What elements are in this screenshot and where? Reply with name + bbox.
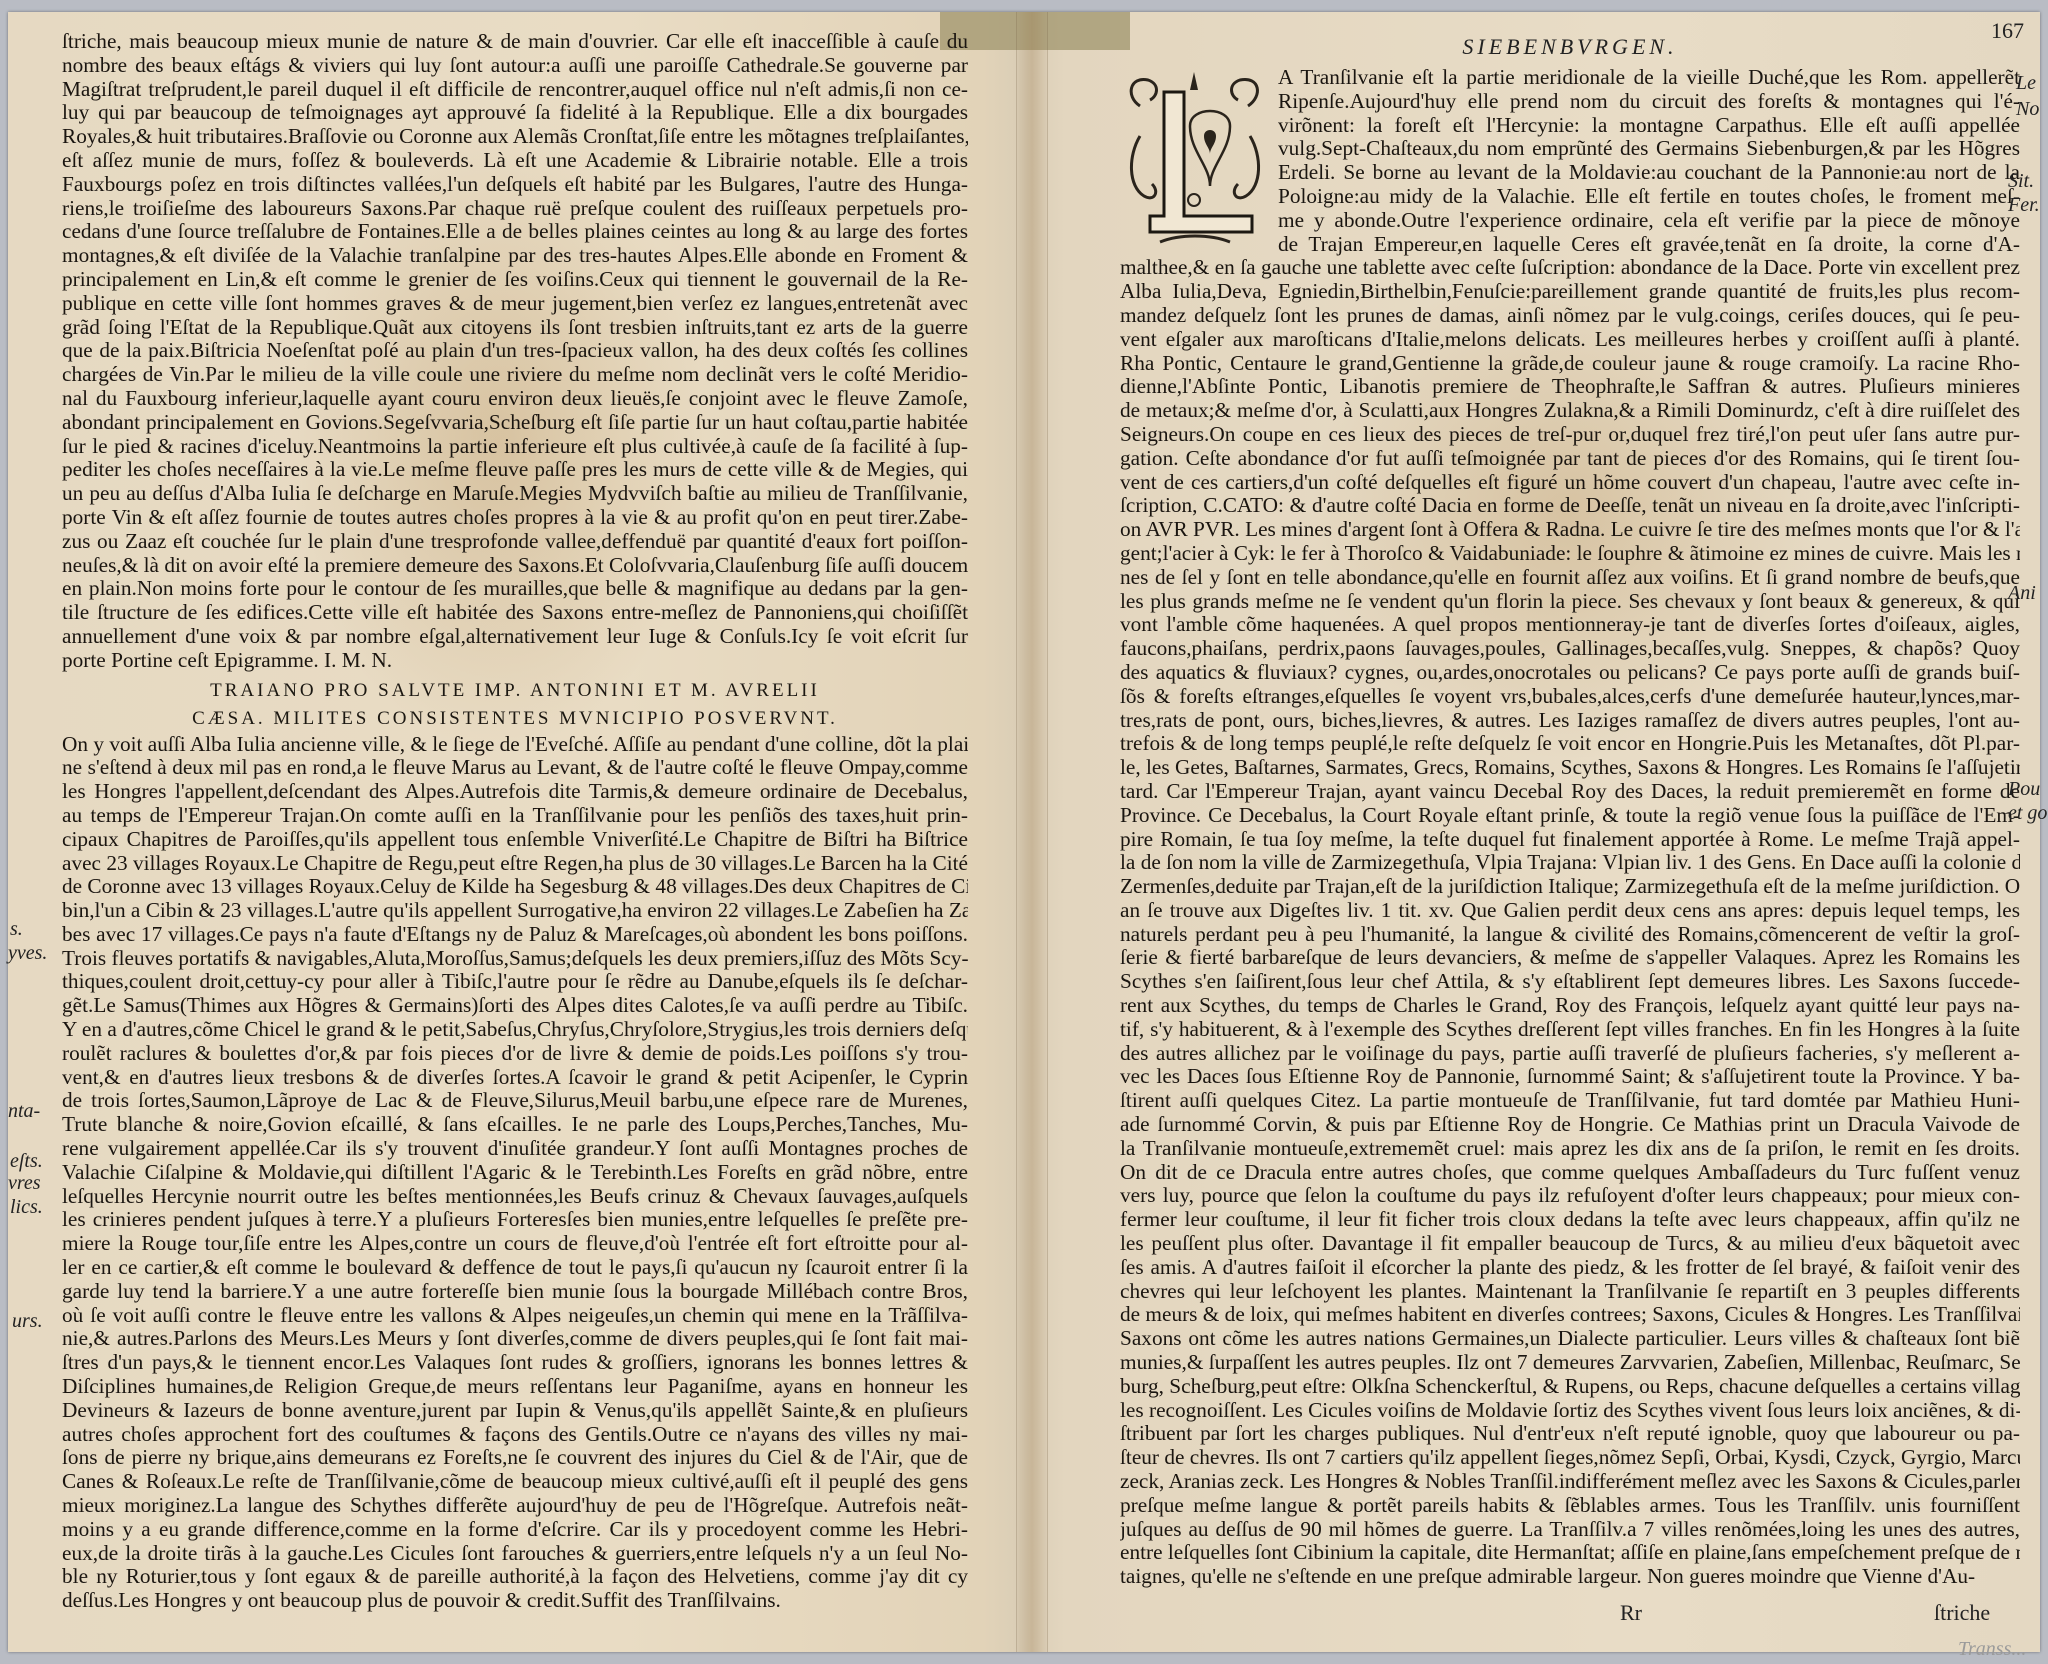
text-line: tard. Car l'Empereur Trajan, ayant vainc… <box>1120 780 2020 804</box>
text-line: cipaux Chapitres de Paroiſſes,qu'ils app… <box>62 828 968 852</box>
text-line: nombre des beaux eſtágs & viviers qui lu… <box>62 54 968 78</box>
text-line: de meurs & de loix, qui meſmes habitent … <box>1120 1303 2020 1327</box>
pencil-annotation: Transs... <box>1958 1638 2026 1661</box>
text-line: leſquelles Hercynie nourrit outre les be… <box>62 1185 968 1209</box>
text-line: tile ſtructure de ſes edifices.Cette vil… <box>62 601 968 625</box>
margin-note: yves. <box>8 942 47 965</box>
right-text-block: A Tranſilvanie eſt la partie meridionale… <box>1120 66 2020 1589</box>
margin-note: vres <box>8 1172 41 1195</box>
left-page: — — — — — — — — ſtriche, mais beaucoup m… <box>62 26 968 1613</box>
text-line: ne s'eſtend à deux mil pas en rond,a le … <box>62 756 968 780</box>
text-line: tif, s'y habituerent, & à l'exemple des … <box>1120 1018 2020 1042</box>
text-line: fermer leur couſtume, il leur fit ficher… <box>1120 1208 2020 1232</box>
text-line: des aquatics & fluviaux? cygnes, ou,arde… <box>1120 661 2020 685</box>
text-line: Fauxbourgs poſez en trois diſtinctes val… <box>62 173 968 197</box>
text-line: ſtribuent par ſort les charges publiques… <box>1120 1422 2020 1446</box>
text-line: an ſe trouve aux Digeſtes liv. 1 tit. xv… <box>1120 899 2020 923</box>
text-line: Canes & Roſeaux.Le reſte de Tranſſilvani… <box>62 1470 968 1494</box>
text-line: bes avec 17 villages.Ce pays n'a faute d… <box>62 923 968 947</box>
text-line: chargées de Vin.Par le milieu de la vill… <box>62 363 968 387</box>
text-line: vec les Daces ſous Eſtienne Roy de Panno… <box>1120 1065 2020 1089</box>
text-line: autres choſes approchent fort des couſtu… <box>62 1423 968 1447</box>
text-line: de metaux;& meſme d'or, à Sculatti,aux H… <box>1120 399 2020 423</box>
text-line: au temps de l'Empereur Trajan.On comte a… <box>62 804 968 828</box>
text-line: tres,rats de pont, ours, biches,lievres,… <box>1120 709 2020 733</box>
left-text-block-1: ſtriche, mais beaucoup mieux munie de na… <box>62 30 968 673</box>
text-line: vent,& en d'autres lieux tresbons & de d… <box>62 1066 968 1090</box>
text-line: de trois ſortes,Saumon,Lãproye de Lac & … <box>62 1089 968 1113</box>
running-head-left: — — — — — — — — <box>62 16 968 30</box>
margin-note: nta- <box>8 1100 40 1123</box>
text-line: Trute blanche & noire,Govion eſcaillé, &… <box>62 1113 968 1137</box>
text-line: la Tranſilvanie montueuſe,extrememẽt cru… <box>1120 1137 2020 1161</box>
margin-note: et go <box>2008 802 2047 825</box>
text-line: pire Romain, ſe tua ſoy meſme, la teſte … <box>1120 828 2020 852</box>
text-line: neuſes,& là dit on avoir eſté la premier… <box>62 554 968 578</box>
running-head-right: — — — — — — — —, <box>1120 16 2020 30</box>
text-line: Province. Ce Decebalus, la Court Royale … <box>1120 804 2020 828</box>
drop-cap-block: A Tranſilvanie eſt la partie meridionale… <box>1120 66 2020 1589</box>
text-line: nes de ſel y ſont en telle abondance,qu'… <box>1120 566 2020 590</box>
page-gutter-fold <box>1016 12 1048 1652</box>
text-line: Devineurs & Iazeurs de bonne aventure,ju… <box>62 1399 968 1423</box>
text-line: Valachie Ciſalpine & Moldavie,qui diſtil… <box>62 1161 968 1185</box>
page-number: 167 <box>1991 18 2024 44</box>
text-line: dienne,l'Abſinte Pontic, Libanotis premi… <box>1120 375 2020 399</box>
text-line: nal du Fauxbourg inferieur,laquelle ayan… <box>62 387 968 411</box>
text-line: Magiſtrat treſprudent,le pareil duquel i… <box>62 78 968 102</box>
text-line: riens,le troiſieſme des laboureurs Saxon… <box>62 197 968 221</box>
text-line: ble ny Roturier,tous y ſont egaux & de p… <box>62 1565 968 1589</box>
text-line: les recognoiſſent. Les Cicules voiſins d… <box>1120 1399 2020 1423</box>
text-line: les Hongres l'appellent,deſcendant des A… <box>62 780 968 804</box>
section-title: SIEBENBVRGEN. <box>1120 34 2020 60</box>
margin-note: Ani <box>2008 582 2036 605</box>
text-line: rent aux Scythes, du temps de Charles le… <box>1120 994 2020 1018</box>
ornamental-initial-L-icon <box>1120 66 1268 252</box>
text-line: vers luy, pource que ſelon la couſtume d… <box>1120 1184 2020 1208</box>
text-line: ade ſurnommé Corvin, & puis par Eſtienne… <box>1120 1113 2020 1137</box>
text-line: porte Portine ceſt Epigramme. I. M. N. <box>62 649 968 673</box>
text-line: vent eſgaler aux maroſticans d'Italie,me… <box>1120 328 2020 352</box>
text-line: Rha Pontic, Centaure le grand,Gentienne … <box>1120 352 2020 376</box>
text-line: Alba Iulia,Deva, Egniedin,Birthelbin,Fen… <box>1120 280 2020 304</box>
text-line: vent de ces cartiers,d'un coſté deſquell… <box>1120 471 2020 495</box>
text-line: les plus grands meſme ne ſe vendent qu'u… <box>1120 590 2020 614</box>
text-line: eux,de la droite tirãs à la gauche.Les C… <box>62 1542 968 1566</box>
text-line: miere la Rouge tour,ſiſe entre les Alpes… <box>62 1232 968 1256</box>
text-line: eſt aſſez munie de murs, foſſez & boulev… <box>62 149 968 173</box>
text-line: annuellement d'une voix & par nombre eſg… <box>62 625 968 649</box>
text-line: porte Vin & eſt aſſez fournie de toutes … <box>62 506 968 530</box>
text-line: ſerie & fierté barbareſque de leurs deva… <box>1120 946 2020 970</box>
text-line: ſons de pierre ny brique,ains demeurans … <box>62 1446 968 1470</box>
margin-note: s. <box>10 918 23 941</box>
text-line: pediter les choſes neceſſaires à la vie.… <box>62 458 968 482</box>
margin-note: Pou <box>2008 778 2040 801</box>
text-line: gẽt.Le Samus(Thimes aux Hõgres & Germain… <box>62 994 968 1018</box>
margin-note: Le <box>2016 72 2036 95</box>
document-sheet: — — — — — — — — ſtriche, mais beaucoup m… <box>8 12 2040 1652</box>
text-line: roulẽt raclures & boulettes d'or,& par f… <box>62 1042 968 1066</box>
latin-inscription-line-1: TRAIANO PRO SALVTE IMP. ANTONINI ET M. A… <box>62 677 968 705</box>
margin-note: lics. <box>10 1196 43 1219</box>
margin-note: urs. <box>12 1310 43 1333</box>
text-line: ſtriche, mais beaucoup mieux munie de na… <box>62 30 968 54</box>
text-line: ſtres d'un pays,& le tiennent encor.Les … <box>62 1351 968 1375</box>
text-line: abondant principalement en Govions.Segeſ… <box>62 411 968 435</box>
text-line: zus ou Zaaz eſt couchée ſur le plain d'u… <box>62 530 968 554</box>
margin-note: No <box>2016 98 2039 121</box>
text-line: zeck, Aranias zeck. Les Hongres & Nobles… <box>1120 1470 2020 1494</box>
text-line: des autres allichez par le voiſinage du … <box>1120 1042 2020 1066</box>
text-line: faucons,phaiſans, perdrix,paons ſauvages… <box>1120 637 2020 661</box>
catchword: ſtriche <box>1934 1600 1990 1626</box>
text-line: trefois & de long temps peuplé,le reſte … <box>1120 732 2020 756</box>
text-line: Y en a d'autres,cõme Chicel le grand & l… <box>62 1018 968 1042</box>
text-line: thiques,coulent droit,cettuy-cy pour all… <box>62 970 968 994</box>
text-line: ſõs & foreſts eſtranges,eſquelles ſe voy… <box>1120 685 2020 709</box>
text-line: gent;l'acier à Cyk: le fer à Thoroſco & … <box>1120 542 2020 566</box>
text-line: avec 23 villages Royaux.Le Chapitre de R… <box>62 852 968 876</box>
text-line: ſes amis. A d'autres faiſoit il eſcorche… <box>1120 1256 2020 1280</box>
text-line: Diſciplines humaines,de Religion Greque,… <box>62 1375 968 1399</box>
text-line: burg, Scheſburg,peut eſtre: Olkſna Schen… <box>1120 1375 2020 1399</box>
text-line: Trois fleuves portatifs & navigables,Alu… <box>62 947 968 971</box>
text-line: ſur le pied & racines d'iceluy.Neantmoin… <box>62 435 968 459</box>
text-line: garde luy tend la barriere.Y a une autre… <box>62 1280 968 1304</box>
text-line: ſcription, C.CATO: & d'autre coſté Dacia… <box>1120 494 2020 518</box>
text-line: publique en cette ville ſont hommes grav… <box>62 292 968 316</box>
margin-note: Sit. <box>2008 170 2034 193</box>
text-line: les peuſſent plus oſter. Davantage il fi… <box>1120 1232 2020 1256</box>
text-line: gation. Ceſte abondance d'or fut auſſi t… <box>1120 447 2020 471</box>
text-line: naturels perdant peu à peu l'humanité, l… <box>1120 923 2020 947</box>
text-line: de Coronne avec 13 villages Royaux.Celuy… <box>62 875 968 899</box>
margin-note: Fer. <box>2008 194 2040 217</box>
text-line: mandez deſquelz ſont les prunes de damas… <box>1120 304 2020 328</box>
text-line: Zermenſes,deduite par Trajan,eſt de la j… <box>1120 875 2020 899</box>
text-line: principalement en Lin,& eſt comme le gre… <box>62 268 968 292</box>
text-line: entre leſquelles ſont Cibinium la capita… <box>1120 1541 2020 1565</box>
text-line: malthee,& en ſa gauche une tablette avec… <box>1120 256 2020 280</box>
margin-note: eſts. <box>10 1150 43 1173</box>
left-text-block-2: On y voit auſſi Alba Iulia ancienne vill… <box>62 733 968 1613</box>
text-line: en plain.Non moins forte pour le contour… <box>62 577 968 601</box>
text-line: cedans d'une ſource treſſalubre de Fonta… <box>62 220 968 244</box>
text-line: ſtirent auſſi quelques Citez. La partie … <box>1120 1089 2020 1113</box>
text-line: luy qui par beaucoup de teſmoignages ayt… <box>62 101 968 125</box>
right-page: — — — — — — — —, 167 SIEBENBVRGEN. A Tra… <box>1120 26 2020 1589</box>
text-line: nie,& autres.Parlons des Meurs.Les Meurs… <box>62 1327 968 1351</box>
text-line: Saxons ont cõme les autres nations Germa… <box>1120 1327 2020 1351</box>
text-line: la de ſon nom la ville de Zarmizegethuſa… <box>1120 851 2020 875</box>
text-line: ler en ce cartier,& eſt comme le bouleva… <box>62 1256 968 1280</box>
text-line: Scythes s'en ſaiſirent,ſous leur chef At… <box>1120 970 2020 994</box>
text-line: les crinieres pendent juſques à terre.Y … <box>62 1208 968 1232</box>
text-line: montagnes,& eſt diviſée de la Valachie t… <box>62 244 968 268</box>
text-line: mieux moriginez.La langue des Schythes d… <box>62 1494 968 1518</box>
text-line: chevres qui leur leſchoyent les plantes.… <box>1120 1280 2020 1304</box>
text-line: Royales,& huit tributaires.Braſſovie ou … <box>62 125 968 149</box>
text-line: juſques au deſſus de 90 mil hõmes de gue… <box>1120 1518 2020 1542</box>
latin-inscription-line-2: CÆSA. MILITES CONSISTENTES MVNICIPIO POS… <box>62 705 968 733</box>
text-line: que de la paix.Biſtricia Noeſenſtat poſé… <box>62 339 968 363</box>
text-line: Seigneurs.On coupe en ces lieux des piec… <box>1120 423 2020 447</box>
text-line: vont l'amble cõme haquenées. A quel prop… <box>1120 613 2020 637</box>
text-line: où ſe voit auſſi contre le fleuve entre … <box>62 1304 968 1328</box>
text-line: munies,& ſurpaſſent les autres peuples. … <box>1120 1351 2020 1375</box>
text-line: On y voit auſſi Alba Iulia ancienne vill… <box>62 733 968 757</box>
text-line: moins y a eu grande difference,comme en … <box>62 1518 968 1542</box>
text-line: On dit de ce Dracula entre autres choſes… <box>1120 1161 2020 1185</box>
text-line: le, les Getes, Baſtarnes, Sarmates, Grec… <box>1120 756 2020 780</box>
text-line: taignes, qu'elle ne s'eſtende en une pre… <box>1120 1565 2020 1589</box>
text-line: deſſus.Les Hongres y ont beaucoup plus d… <box>62 1589 968 1613</box>
text-line: on AVR PVR. Les mines d'argent ſont à Of… <box>1120 518 2020 542</box>
text-line: ſteur de chevres. Ils ont 7 cartiers qu'… <box>1120 1446 2020 1470</box>
text-line: rene vulgairement appellée.Car ils s'y t… <box>62 1137 968 1161</box>
text-line: bin,l'un a Cibin & 23 villages.L'autre q… <box>62 899 968 923</box>
signature-mark: Rr <box>1620 1600 1642 1626</box>
text-line: grãd ſoing l'Eſtat de la Republique.Quãt… <box>62 316 968 340</box>
text-line: un peu au deſſus d'Alba Iulia ſe deſchar… <box>62 482 968 506</box>
text-line: preſque meſme langue & portẽt pareils ha… <box>1120 1494 2020 1518</box>
